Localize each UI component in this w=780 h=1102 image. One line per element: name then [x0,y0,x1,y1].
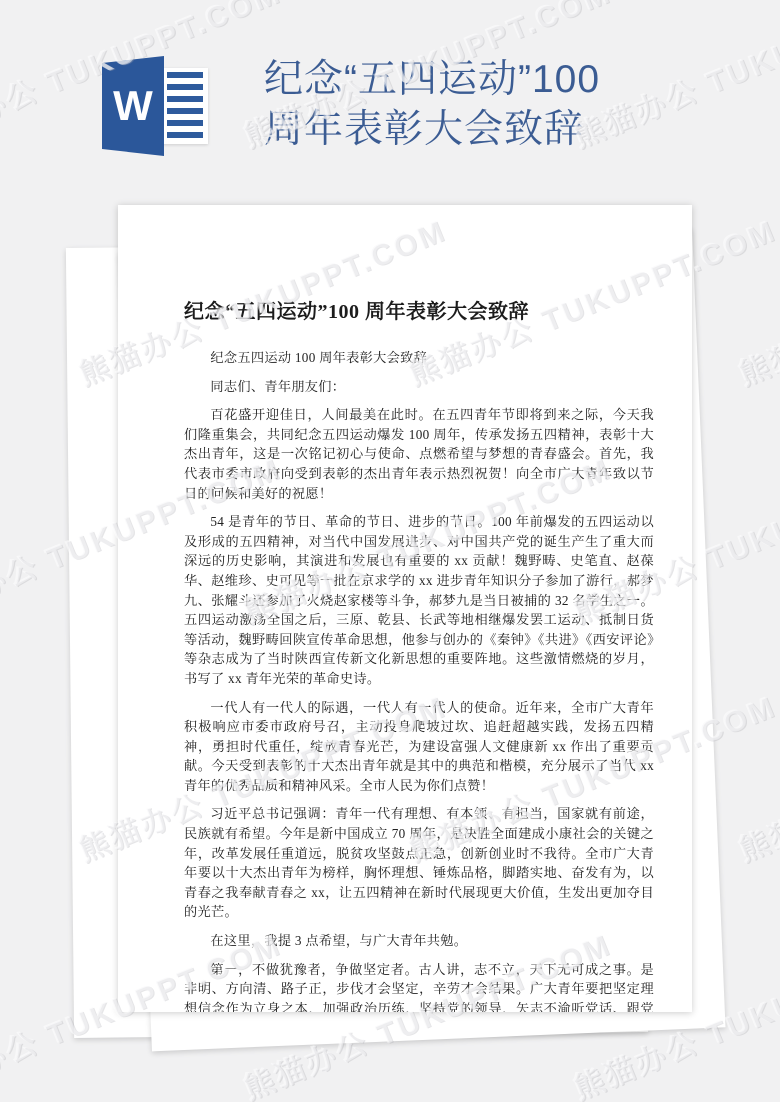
document-paragraph: 同志们、青年朋友们： [184,377,654,397]
document-paragraph: 54 是青年的节日、革命的节日、进步的节日。100 年前爆发的五四运动以及形成的… [184,512,654,688]
word-file-icon: W [102,56,212,156]
document-paragraph: 在这里，我提 3 点希望，与广大青年共勉。 [184,931,654,951]
watermark-text: 熊猫办公 TUKUPPT.COM [731,206,780,394]
document-paragraph: 纪念五四运动 100 周年表彰大会致辞 [184,348,654,368]
document-title: 纪念“五四运动”100 周年表彰大会致辞 [184,295,654,324]
document-paragraph: 第一，不做犹豫者，争做坚定者。古人讲，志不立，天下无可成之事。是非明、方向清、路… [184,960,654,1012]
document-paragraph: 习近平总书记强调：青年一代有理想、有本领、有担当，国家就有前途，民族就有希望。今… [184,804,654,922]
word-w-slab-icon: W [102,56,164,156]
word-doc-sheet-icon [162,68,208,144]
document-paragraph: 百花盛开迎佳日，人间最美在此时。在五四青年节即将到来之际，今天我们隆重集会，共同… [184,405,654,503]
document-page: 纪念“五四运动”100 周年表彰大会致辞 纪念五四运动 100 周年表彰大会致辞… [118,205,692,1012]
word-letter: W [113,82,153,130]
word-doc-lines-icon [167,72,203,140]
page-title: 纪念“五四运动”100周年表彰大会致辞 [264,55,636,155]
document-paragraph: 一代人有一代人的际遇，一代人有一代人的使命。近年来，全市广大青年积极响应市委市政… [184,698,654,796]
header: W 纪念“五四运动”100周年表彰大会致辞 [0,0,780,200]
watermark-text: 熊猫办公 TUKUPPT.COM [731,682,780,870]
document-body: 纪念五四运动 100 周年表彰大会致辞同志们、青年朋友们：百花盛开迎佳日，人间最… [184,348,654,1012]
